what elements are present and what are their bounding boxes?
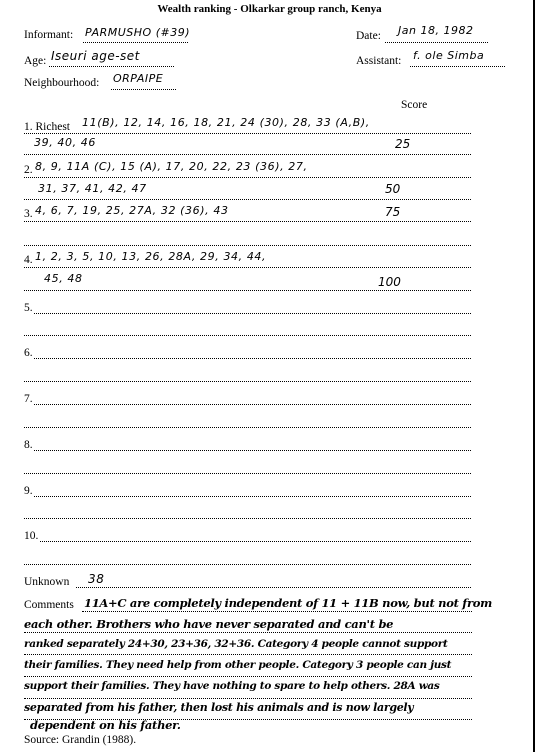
comments-rule-2 bbox=[24, 632, 472, 633]
comment-line-4: their families. They need help from othe… bbox=[24, 659, 451, 671]
comment-line-5: support their families. They have nothin… bbox=[24, 680, 440, 692]
rank-4-score: 100 bbox=[378, 275, 401, 289]
rank-8-rule-1 bbox=[34, 450, 471, 451]
rank-4-rule-2 bbox=[24, 290, 471, 291]
rank-4-line1: 1, 2, 3, 5, 10, 13, 26, 28A, 29, 34, 44, bbox=[35, 250, 266, 263]
comments-rule-3 bbox=[24, 654, 472, 655]
source-citation: Source: Grandin (1988). bbox=[24, 734, 136, 746]
rank-8-label: 8. bbox=[24, 439, 33, 451]
rank-4-label: 4. bbox=[24, 254, 33, 266]
rank-7-label: 7. bbox=[24, 393, 33, 405]
date-label: Date: bbox=[356, 30, 381, 42]
rank-10-rule-2 bbox=[24, 564, 471, 565]
unknown-label: Unknown bbox=[24, 576, 69, 588]
age-value: Iseuri age-set bbox=[51, 49, 140, 63]
rank-1-label: 1. Richest bbox=[24, 121, 70, 133]
rank-7-rule-2 bbox=[24, 427, 471, 428]
rank-4-line2: 45, 48 bbox=[44, 272, 83, 285]
unknown-rule bbox=[76, 587, 471, 588]
rank-2-rule-1 bbox=[24, 177, 471, 178]
rank-3-label: 3. bbox=[24, 208, 33, 220]
rank-1-line2: 39, 40, 46 bbox=[34, 136, 96, 149]
age-line bbox=[49, 66, 174, 67]
rank-6-rule-1 bbox=[34, 358, 471, 359]
comment-line-2: each other. Brothers who have never sepa… bbox=[24, 617, 393, 631]
comment-line-3: ranked separately 24+30, 23+36, 32+36. C… bbox=[24, 638, 448, 650]
comment-line-1: 11A+C are completely independent of 11 +… bbox=[84, 596, 492, 610]
rank-3-rule-2 bbox=[24, 245, 471, 246]
unknown-value: 38 bbox=[88, 572, 104, 586]
comments-rule-5 bbox=[24, 698, 472, 699]
rank-9-rule-2 bbox=[24, 518, 471, 519]
rank-7-rule-1 bbox=[34, 404, 471, 405]
neighbourhood-value: ORPAIPE bbox=[113, 72, 163, 85]
date-line bbox=[385, 42, 488, 43]
comments-label: Comments bbox=[24, 599, 74, 611]
assistant-line bbox=[410, 66, 505, 67]
rank-10-label: 10. bbox=[24, 530, 38, 542]
rank-3-score: 75 bbox=[385, 205, 400, 219]
rank-5-rule-2 bbox=[24, 335, 471, 336]
comments-rule-1 bbox=[82, 611, 472, 612]
informant-value: PARMUSHO (#39) bbox=[85, 26, 190, 39]
age-label: Age: bbox=[24, 55, 46, 67]
rank-4-rule-1 bbox=[24, 267, 471, 268]
rank-2-line1: 8, 9, 11A (C), 15 (A), 17, 20, 22, 23 (3… bbox=[35, 160, 308, 173]
informant-line bbox=[83, 42, 188, 43]
rank-2-rule-2 bbox=[24, 199, 471, 200]
rank-6-label: 6. bbox=[24, 347, 33, 359]
comment-line-7: dependent on his father. bbox=[30, 718, 181, 732]
rank-9-label: 9. bbox=[24, 485, 33, 497]
rank-2-line2: 31, 37, 41, 42, 47 bbox=[38, 182, 147, 195]
rank-1-rule-2 bbox=[24, 154, 471, 155]
score-column-header: Score bbox=[401, 99, 427, 111]
rank-3-line1: 4, 6, 7, 19, 25, 27A, 32 (36), 43 bbox=[35, 204, 229, 217]
rank-1-rule-1 bbox=[24, 133, 471, 134]
neighbourhood-line bbox=[111, 89, 176, 90]
assistant-value: f. ole Simba bbox=[413, 49, 484, 62]
comments-rule-4 bbox=[24, 676, 472, 677]
rank-5-label: 5. bbox=[24, 302, 33, 314]
page-border bbox=[533, 0, 535, 752]
rank-5-rule-1 bbox=[34, 313, 471, 314]
wealth-ranking-form: Wealth ranking - Olkarkar group ranch, K… bbox=[0, 0, 539, 752]
comment-line-6: separated from his father, then lost his… bbox=[24, 701, 413, 714]
rank-6-rule-2 bbox=[24, 381, 471, 382]
rank-1-line1: 11(B), 12, 14, 16, 18, 21, 24 (30), 28, … bbox=[82, 116, 370, 129]
rank-2-label: 2. bbox=[24, 164, 33, 176]
rank-2-score: 50 bbox=[385, 182, 400, 196]
rank-1-score: 25 bbox=[395, 137, 410, 151]
rank-10-rule-1 bbox=[40, 541, 471, 542]
date-value: Jan 18, 1982 bbox=[398, 24, 473, 37]
assistant-label: Assistant: bbox=[356, 55, 401, 67]
rank-8-rule-2 bbox=[24, 473, 471, 474]
neighbourhood-label: Neighbourhood: bbox=[24, 77, 99, 89]
rank-3-rule-1 bbox=[24, 221, 471, 222]
rank-9-rule-1 bbox=[34, 496, 471, 497]
informant-label: Informant: bbox=[24, 29, 73, 41]
form-title: Wealth ranking - Olkarkar group ranch, K… bbox=[0, 3, 539, 15]
